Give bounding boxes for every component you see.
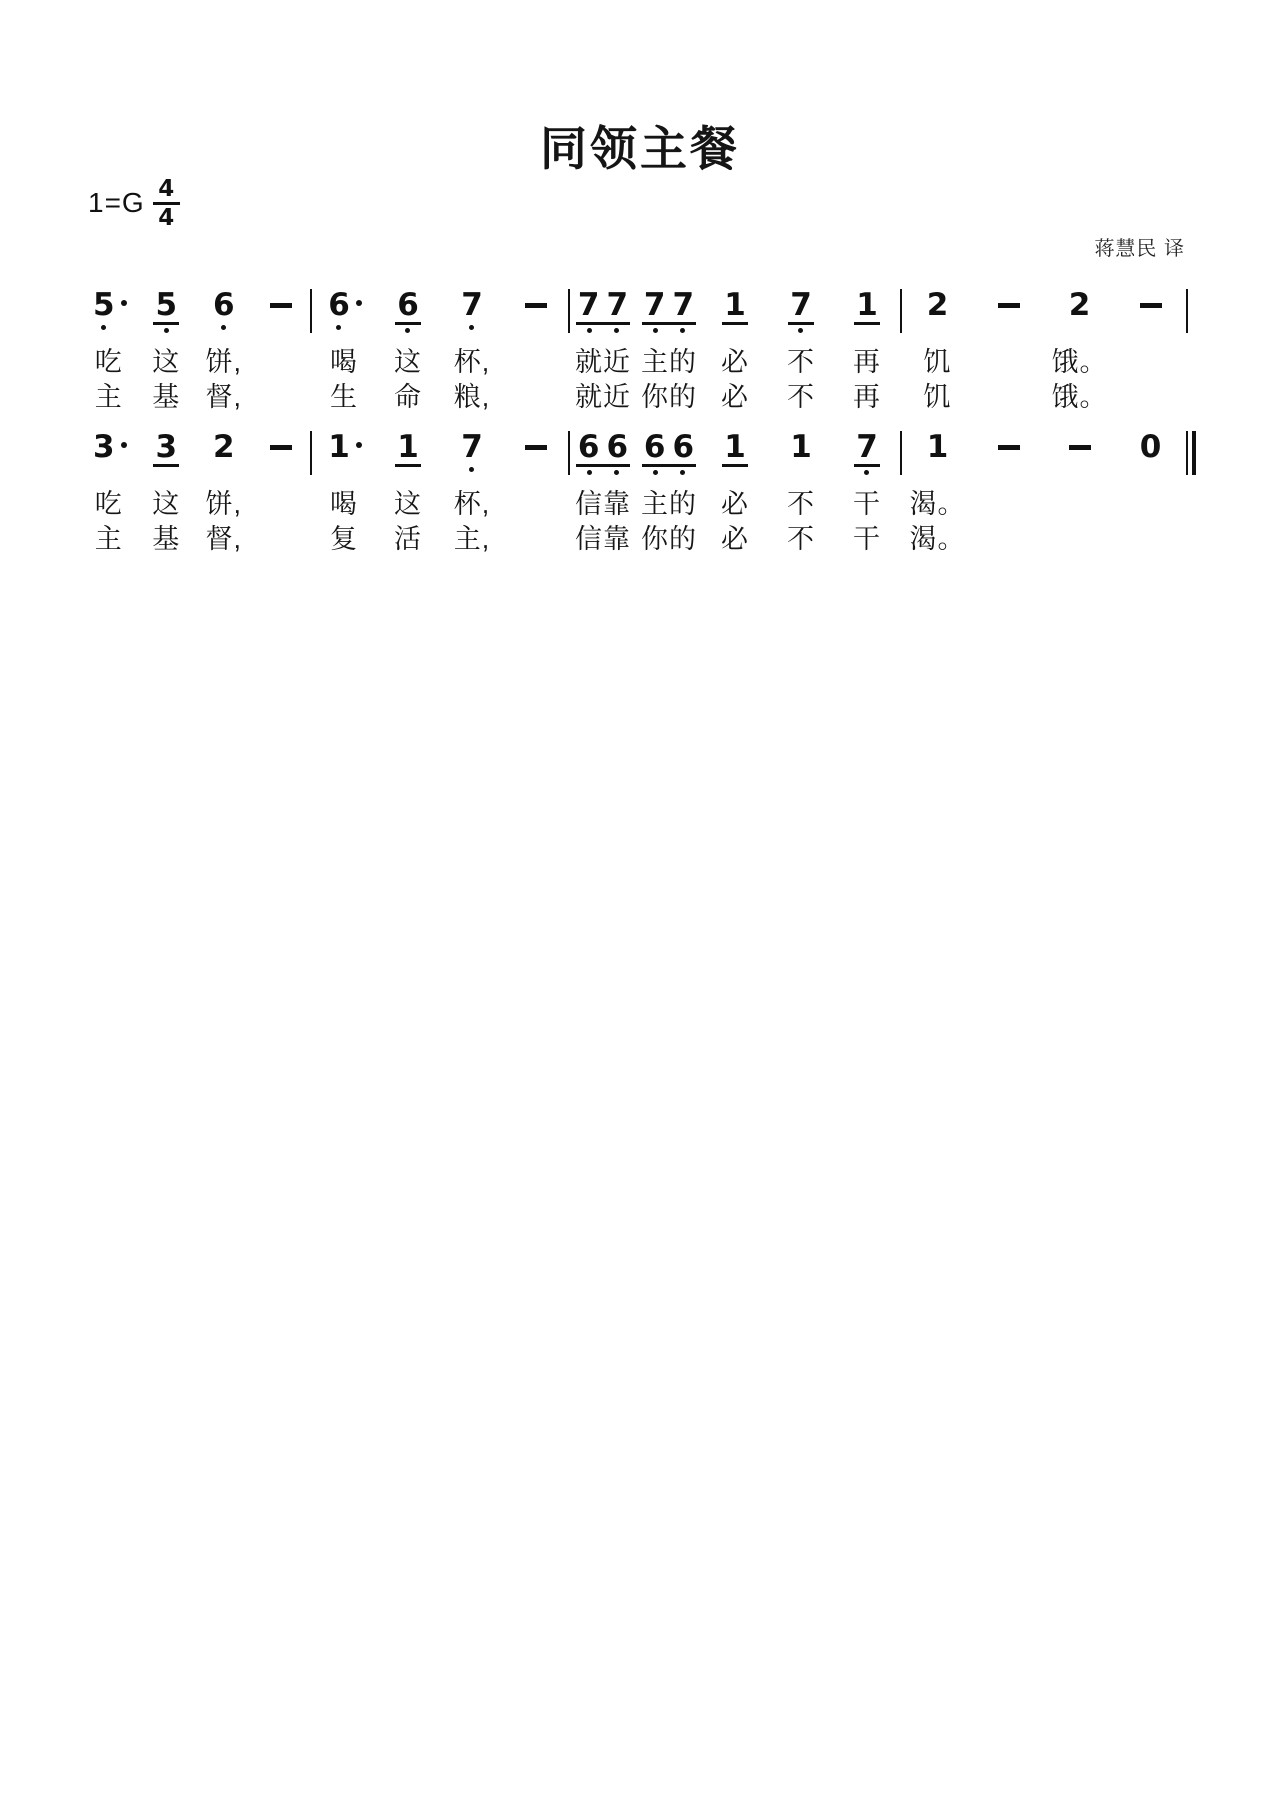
lyric-syllable-v1: 杯, bbox=[454, 346, 491, 381]
note-body: 5 bbox=[153, 288, 179, 337]
note-digit: 6 bbox=[644, 430, 666, 464]
octave-dots bbox=[925, 325, 951, 334]
note-glyphs: 2 bbox=[1067, 288, 1093, 322]
note-digit: 6 bbox=[397, 288, 419, 322]
note: 66 bbox=[576, 430, 630, 488]
note-slot: 7不不 bbox=[768, 288, 834, 416]
lyric-syllable-v2: 命 bbox=[394, 381, 422, 416]
note-slot: 1渴。渴。 bbox=[902, 430, 973, 558]
note-slot bbox=[253, 288, 311, 416]
time-signature: 4 4 bbox=[153, 177, 180, 230]
note-digit: 2 bbox=[213, 430, 235, 464]
lyric-syllable-v2: 渴。 bbox=[910, 523, 966, 558]
lyric-syllable-v2: 主, bbox=[454, 523, 491, 558]
note-area: 1 bbox=[326, 430, 362, 488]
note-digit: 6 bbox=[673, 430, 695, 464]
note-area bbox=[525, 288, 547, 346]
note-digit: 3 bbox=[155, 430, 177, 464]
note-slot bbox=[1115, 288, 1186, 416]
lyric-syllable-v1: 吃 bbox=[95, 346, 123, 381]
note-digit: 6 bbox=[328, 288, 350, 322]
note-glyphs: 6 bbox=[211, 288, 237, 322]
note-body: 1 bbox=[722, 288, 748, 337]
note-body: 7 bbox=[854, 430, 880, 479]
note-glyphs: 1 bbox=[788, 430, 814, 464]
note-area: 66 bbox=[576, 430, 630, 488]
octave-dots bbox=[211, 325, 237, 334]
octave-dot-icon bbox=[405, 328, 410, 333]
note: 1 bbox=[925, 430, 951, 488]
dash-icon bbox=[270, 445, 292, 450]
measure: 77就近就近77主的你的1必必7不不1再再 bbox=[570, 288, 900, 416]
note-area: 77 bbox=[642, 288, 696, 346]
note: 7 bbox=[459, 430, 485, 488]
note-digit: 1 bbox=[856, 288, 878, 322]
note: 3 bbox=[91, 430, 127, 488]
dash-note bbox=[270, 430, 292, 488]
time-signature-numerator: 4 bbox=[158, 177, 174, 201]
duration-underline: 1 bbox=[395, 430, 421, 467]
note-body: 6 bbox=[211, 288, 237, 334]
note-area bbox=[1069, 430, 1091, 488]
lyric-syllable-v2: 你的 bbox=[641, 381, 697, 416]
note-slot: 6饼,督, bbox=[195, 288, 253, 416]
octave-dot-icon bbox=[469, 467, 474, 472]
note: 5 bbox=[153, 288, 179, 346]
octave-dots bbox=[788, 328, 814, 337]
note-digit: 1 bbox=[724, 288, 746, 322]
lyric-syllable-v2: 你的 bbox=[641, 523, 697, 558]
note-area: 5 bbox=[91, 288, 127, 346]
lyric-syllable-v2: 干 bbox=[853, 523, 881, 558]
note-slot: 1必必 bbox=[702, 430, 768, 558]
note: 7 bbox=[788, 288, 814, 346]
measures-row: 5吃主5这基6饼,督,6喝生6这命7杯,粮,77就近就近77主的你的1必必7不不… bbox=[80, 288, 1196, 416]
lyric-syllable-v1: 干 bbox=[853, 488, 881, 523]
note: 77 bbox=[642, 288, 696, 346]
octave-dots bbox=[642, 470, 696, 479]
note: 7 bbox=[459, 288, 485, 346]
duration-underline: 1 bbox=[722, 288, 748, 325]
note-digit: 6 bbox=[578, 430, 600, 464]
octave-dot-icon bbox=[680, 470, 685, 475]
note-digit: 2 bbox=[927, 288, 949, 322]
note: 1 bbox=[788, 430, 814, 488]
lyric-syllable-v2: 基 bbox=[152, 523, 180, 558]
octave-dots bbox=[722, 328, 748, 337]
note-slot: 1喝复 bbox=[312, 430, 376, 558]
note-area: 7 bbox=[459, 288, 485, 346]
note-area: 2 bbox=[211, 430, 237, 488]
octave-dots bbox=[788, 467, 814, 476]
note-digit: 6 bbox=[213, 288, 235, 322]
dotted-note-dot-icon bbox=[356, 300, 362, 306]
note-slot: 7杯,主, bbox=[440, 430, 504, 558]
octave-dots bbox=[326, 467, 352, 476]
note-slot bbox=[504, 288, 568, 416]
dash-icon bbox=[1069, 445, 1091, 450]
octave-dots bbox=[91, 467, 117, 476]
note-glyphs: 2 bbox=[211, 430, 237, 464]
note-slot bbox=[504, 430, 568, 558]
note-glyphs: 1 bbox=[925, 430, 951, 464]
lyric-syllable-v1: 主的 bbox=[641, 488, 697, 523]
note-slot: 1必必 bbox=[702, 288, 768, 416]
lyric-syllable-v1: 这 bbox=[152, 488, 180, 523]
note-area bbox=[1140, 288, 1162, 346]
note-glyphs: 0 bbox=[1138, 430, 1164, 464]
note-body: 2 bbox=[1067, 288, 1093, 334]
note-glyphs: 3 bbox=[91, 430, 117, 464]
lyric-syllable-v2: 活 bbox=[394, 523, 422, 558]
octave-dot-icon bbox=[680, 328, 685, 333]
note-slot: 77就近就近 bbox=[570, 288, 636, 416]
lyric-syllable-v1: 饥 bbox=[924, 346, 952, 381]
octave-dot-icon bbox=[798, 328, 803, 333]
octave-dots bbox=[211, 467, 237, 476]
note-body: 1 bbox=[395, 430, 421, 479]
dash-note bbox=[998, 430, 1020, 488]
measure: 2饥饥2饿。饿。 bbox=[902, 288, 1186, 416]
measure: 1渴。渴。0 bbox=[902, 430, 1186, 558]
octave-dot-icon bbox=[653, 470, 658, 475]
note-area bbox=[998, 430, 1020, 488]
note: 1 bbox=[395, 430, 421, 488]
note-body: 1 bbox=[326, 430, 352, 476]
note-digit: 1 bbox=[927, 430, 949, 464]
lyric-syllable-v1: 这 bbox=[394, 346, 422, 381]
note-body: 3 bbox=[91, 430, 117, 476]
note-slot: 7杯,粮, bbox=[440, 288, 504, 416]
note: 2 bbox=[211, 430, 237, 488]
octave-dots bbox=[642, 328, 696, 337]
lyric-syllable-v2: 就近 bbox=[575, 381, 631, 416]
lyric-syllable-v1: 喝 bbox=[330, 488, 358, 523]
lyric-syllable-v2: 生 bbox=[330, 381, 358, 416]
note: 6 bbox=[326, 288, 362, 346]
key-signature: 1=G 4 4 bbox=[88, 172, 180, 234]
rest-note: 0 bbox=[1138, 430, 1164, 488]
octave-dots bbox=[722, 470, 748, 479]
note: 1 bbox=[722, 288, 748, 346]
note-body: 77 bbox=[576, 288, 630, 337]
note-slot: 1再再 bbox=[834, 288, 900, 416]
octave-dot-icon bbox=[653, 328, 658, 333]
octave-dot-icon bbox=[336, 325, 341, 330]
dash-icon bbox=[998, 445, 1020, 450]
note-area: 7 bbox=[788, 288, 814, 346]
note-slot: 5这基 bbox=[138, 288, 196, 416]
note-body: 1 bbox=[788, 430, 814, 476]
dotted-note-dot-icon bbox=[121, 442, 127, 448]
measure: 5吃主5这基6饼,督, bbox=[80, 288, 310, 416]
octave-dots bbox=[1138, 467, 1164, 476]
note-digit: 1 bbox=[397, 430, 419, 464]
note-slot: 1这活 bbox=[376, 430, 440, 558]
lyric-syllable-v1: 这 bbox=[152, 346, 180, 381]
lyric-syllable-v2: 信靠 bbox=[575, 523, 631, 558]
note-digit: 1 bbox=[790, 430, 812, 464]
lyric-syllable-v1: 饿。 bbox=[1052, 346, 1108, 381]
note-area bbox=[270, 430, 292, 488]
lyric-syllable-v2: 复 bbox=[330, 523, 358, 558]
octave-dots bbox=[153, 470, 179, 479]
lyric-syllable-v2: 基 bbox=[152, 381, 180, 416]
time-signature-denominator: 4 bbox=[158, 206, 174, 230]
note-body: 7 bbox=[459, 430, 485, 476]
note-area: 1 bbox=[395, 430, 421, 488]
note-digit: 7 bbox=[644, 288, 666, 322]
measures-row: 3吃主3这基2饼,督,1喝复1这活7杯,主,66信靠信靠66主的你的1必必1不不… bbox=[80, 430, 1196, 558]
lyric-syllable-v2: 督, bbox=[205, 381, 242, 416]
octave-dots bbox=[395, 470, 421, 479]
octave-dot-icon bbox=[221, 325, 226, 330]
note-digit: 3 bbox=[93, 430, 115, 464]
note-body: 5 bbox=[91, 288, 117, 334]
note-area: 1 bbox=[722, 288, 748, 346]
note-digit: 7 bbox=[856, 430, 878, 464]
octave-dots bbox=[326, 325, 352, 334]
measure: 66信靠信靠66主的你的1必必1不不7干干 bbox=[570, 430, 900, 558]
note-slot bbox=[253, 430, 311, 558]
dotted-note-dot-icon bbox=[121, 300, 127, 306]
dash-icon bbox=[270, 303, 292, 308]
note-area: 3 bbox=[153, 430, 179, 488]
lyric-syllable-v2: 饥 bbox=[924, 381, 952, 416]
note-digit: 5 bbox=[155, 288, 177, 322]
lyric-syllable-v1: 必 bbox=[721, 346, 749, 381]
lyric-syllable-v2: 必 bbox=[721, 523, 749, 558]
lyric-syllable-v1: 饼, bbox=[205, 346, 242, 381]
note-area: 6 bbox=[395, 288, 421, 346]
note-digit: 7 bbox=[461, 288, 483, 322]
octave-dot-icon bbox=[614, 328, 619, 333]
note: 3 bbox=[153, 430, 179, 488]
note: 5 bbox=[91, 288, 127, 346]
key-label: 1=G bbox=[88, 187, 145, 219]
note-digit: 1 bbox=[724, 430, 746, 464]
note-area: 2 bbox=[1067, 288, 1093, 346]
duration-underline: 7 bbox=[788, 288, 814, 325]
octave-dot-icon bbox=[614, 470, 619, 475]
lyric-syllable-v1: 饼, bbox=[205, 488, 242, 523]
note-body: 7 bbox=[459, 288, 485, 334]
octave-dots bbox=[854, 470, 880, 479]
note-glyphs: 5 bbox=[91, 288, 117, 322]
note-area: 3 bbox=[91, 430, 127, 488]
note: 77 bbox=[576, 288, 630, 346]
measure: 3吃主3这基2饼,督, bbox=[80, 430, 310, 558]
duration-underline: 77 bbox=[642, 288, 696, 325]
note-glyphs: 2 bbox=[925, 288, 951, 322]
note-glyphs: 6 bbox=[326, 288, 352, 322]
lyric-syllable-v2: 督, bbox=[205, 523, 242, 558]
lyric-syllable-v1: 不 bbox=[787, 488, 815, 523]
note-area: 5 bbox=[153, 288, 179, 346]
lyric-syllable-v2: 必 bbox=[721, 381, 749, 416]
duration-underline: 7 bbox=[854, 430, 880, 467]
octave-dots bbox=[854, 328, 880, 337]
dash-icon bbox=[525, 445, 547, 450]
octave-dot-icon bbox=[164, 328, 169, 333]
note-slot: 0 bbox=[1115, 430, 1186, 558]
note: 2 bbox=[1067, 288, 1093, 346]
note-area bbox=[270, 288, 292, 346]
note-digit: 2 bbox=[1069, 288, 1091, 322]
octave-dot-icon bbox=[587, 470, 592, 475]
note-slot bbox=[1044, 430, 1115, 558]
measure: 1喝复1这活7杯,主, bbox=[312, 430, 568, 558]
dash-icon bbox=[525, 303, 547, 308]
note-area: 6 bbox=[211, 288, 237, 346]
note-body: 6 bbox=[395, 288, 421, 337]
note: 1 bbox=[326, 430, 362, 488]
note-glyphs: 7 bbox=[459, 288, 485, 322]
note-area: 0 bbox=[1138, 430, 1164, 488]
octave-dots bbox=[925, 467, 951, 476]
lyric-syllable-v1: 渴。 bbox=[910, 488, 966, 523]
note-area: 77 bbox=[576, 288, 630, 346]
note-digit: 1 bbox=[328, 430, 350, 464]
note-digit: 7 bbox=[461, 430, 483, 464]
note: 2 bbox=[925, 288, 951, 346]
note: 1 bbox=[854, 288, 880, 346]
note-body: 3 bbox=[153, 430, 179, 479]
duration-underline: 1 bbox=[722, 430, 748, 467]
lyric-syllable-v2: 粮, bbox=[454, 381, 491, 416]
octave-dot-icon bbox=[469, 325, 474, 330]
octave-dot-icon bbox=[587, 328, 592, 333]
note-digit: 0 bbox=[1140, 430, 1162, 464]
duration-underline: 66 bbox=[642, 430, 696, 467]
system-1: 5吃主5这基6饼,督,6喝生6这命7杯,粮,77就近就近77主的你的1必必7不不… bbox=[80, 288, 1196, 416]
note-body: 1 bbox=[925, 430, 951, 476]
dash-icon bbox=[998, 303, 1020, 308]
dash-icon bbox=[1140, 303, 1162, 308]
note-digit: 7 bbox=[673, 288, 695, 322]
measure: 6喝生6这命7杯,粮, bbox=[312, 288, 568, 416]
octave-dots bbox=[459, 467, 485, 476]
note-slot bbox=[973, 288, 1044, 416]
lyric-syllable-v1: 必 bbox=[721, 488, 749, 523]
note-area: 7 bbox=[854, 430, 880, 488]
dash-note bbox=[270, 288, 292, 346]
dotted-note-dot-icon bbox=[356, 442, 362, 448]
dash-note bbox=[998, 288, 1020, 346]
note-area: 1 bbox=[788, 430, 814, 488]
lyric-syllable-v2: 再 bbox=[853, 381, 881, 416]
duration-underline: 77 bbox=[576, 288, 630, 325]
note-glyphs: 7 bbox=[459, 430, 485, 464]
octave-dots bbox=[395, 328, 421, 337]
note-slot: 3吃主 bbox=[80, 430, 138, 558]
octave-dot-icon bbox=[864, 470, 869, 475]
dash-note bbox=[525, 288, 547, 346]
note-body: 7 bbox=[788, 288, 814, 337]
note-slot: 77主的你的 bbox=[636, 288, 702, 416]
note-area: 2 bbox=[925, 288, 951, 346]
lyric-syllable-v1: 信靠 bbox=[575, 488, 631, 523]
note-digit: 7 bbox=[578, 288, 600, 322]
note-body: 2 bbox=[925, 288, 951, 334]
octave-dots bbox=[1067, 325, 1093, 334]
octave-dots bbox=[153, 328, 179, 337]
duration-underline: 1 bbox=[854, 288, 880, 325]
lyric-syllable-v1: 主的 bbox=[641, 346, 697, 381]
dash-note bbox=[1140, 288, 1162, 346]
octave-dots bbox=[91, 325, 117, 334]
note-body: 77 bbox=[642, 288, 696, 337]
dash-note bbox=[1069, 430, 1091, 488]
duration-underline: 3 bbox=[153, 430, 179, 467]
octave-dots bbox=[576, 470, 630, 479]
note-slot: 5吃主 bbox=[80, 288, 138, 416]
note-body: 2 bbox=[211, 430, 237, 476]
lyric-syllable-v2: 不 bbox=[787, 523, 815, 558]
note-digit: 7 bbox=[790, 288, 812, 322]
lyric-syllable-v2: 主 bbox=[95, 381, 123, 416]
note: 6 bbox=[395, 288, 421, 346]
lyric-syllable-v1: 再 bbox=[853, 346, 881, 381]
note: 6 bbox=[211, 288, 237, 346]
lyric-syllable-v2: 主 bbox=[95, 523, 123, 558]
lyric-syllable-v2: 饿。 bbox=[1052, 381, 1108, 416]
lyric-syllable-v2: 不 bbox=[787, 381, 815, 416]
note-area: 66 bbox=[642, 430, 696, 488]
lyric-syllable-v1: 不 bbox=[787, 346, 815, 381]
note-area bbox=[525, 430, 547, 488]
duration-underline: 5 bbox=[153, 288, 179, 325]
note: 7 bbox=[854, 430, 880, 488]
note-slot bbox=[973, 430, 1044, 558]
note-slot: 1不不 bbox=[768, 430, 834, 558]
lyric-syllable-v1: 杯, bbox=[454, 488, 491, 523]
note-slot: 7干干 bbox=[834, 430, 900, 558]
note-slot: 6这命 bbox=[376, 288, 440, 416]
note-digit: 6 bbox=[607, 430, 629, 464]
note-body: 1 bbox=[854, 288, 880, 337]
note-area: 1 bbox=[925, 430, 951, 488]
octave-dot-icon bbox=[101, 325, 106, 330]
note-digit: 7 bbox=[607, 288, 629, 322]
lyric-syllable-v1: 吃 bbox=[95, 488, 123, 523]
note-area: 7 bbox=[459, 430, 485, 488]
song-title: 同领主餐 bbox=[0, 112, 1280, 179]
note-body: 66 bbox=[576, 430, 630, 479]
octave-dots bbox=[459, 325, 485, 334]
note-body: 0 bbox=[1138, 430, 1164, 476]
sheet-page: 同领主餐 1=G 4 4 蒋慧民 译 5吃主5这基6饼,督,6喝生6这命7杯,粮… bbox=[0, 0, 1280, 1812]
note-area: 1 bbox=[854, 288, 880, 346]
note-slot: 66信靠信靠 bbox=[570, 430, 636, 558]
note-area: 1 bbox=[722, 430, 748, 488]
duration-underline: 6 bbox=[395, 288, 421, 325]
lyric-syllable-v1: 喝 bbox=[330, 346, 358, 381]
octave-dots bbox=[576, 328, 630, 337]
dash-note bbox=[525, 430, 547, 488]
note-glyphs: 1 bbox=[326, 430, 352, 464]
lyric-syllable-v1: 就近 bbox=[575, 346, 631, 381]
note-slot: 2饼,督, bbox=[195, 430, 253, 558]
note-slot: 2饿。饿。 bbox=[1044, 288, 1115, 416]
note-body: 6 bbox=[326, 288, 352, 334]
note-digit: 5 bbox=[93, 288, 115, 322]
note-area bbox=[998, 288, 1020, 346]
duration-underline: 66 bbox=[576, 430, 630, 467]
translator-credit: 蒋慧民 译 bbox=[1094, 232, 1185, 261]
note-area: 6 bbox=[326, 288, 362, 346]
note-body: 1 bbox=[722, 430, 748, 479]
